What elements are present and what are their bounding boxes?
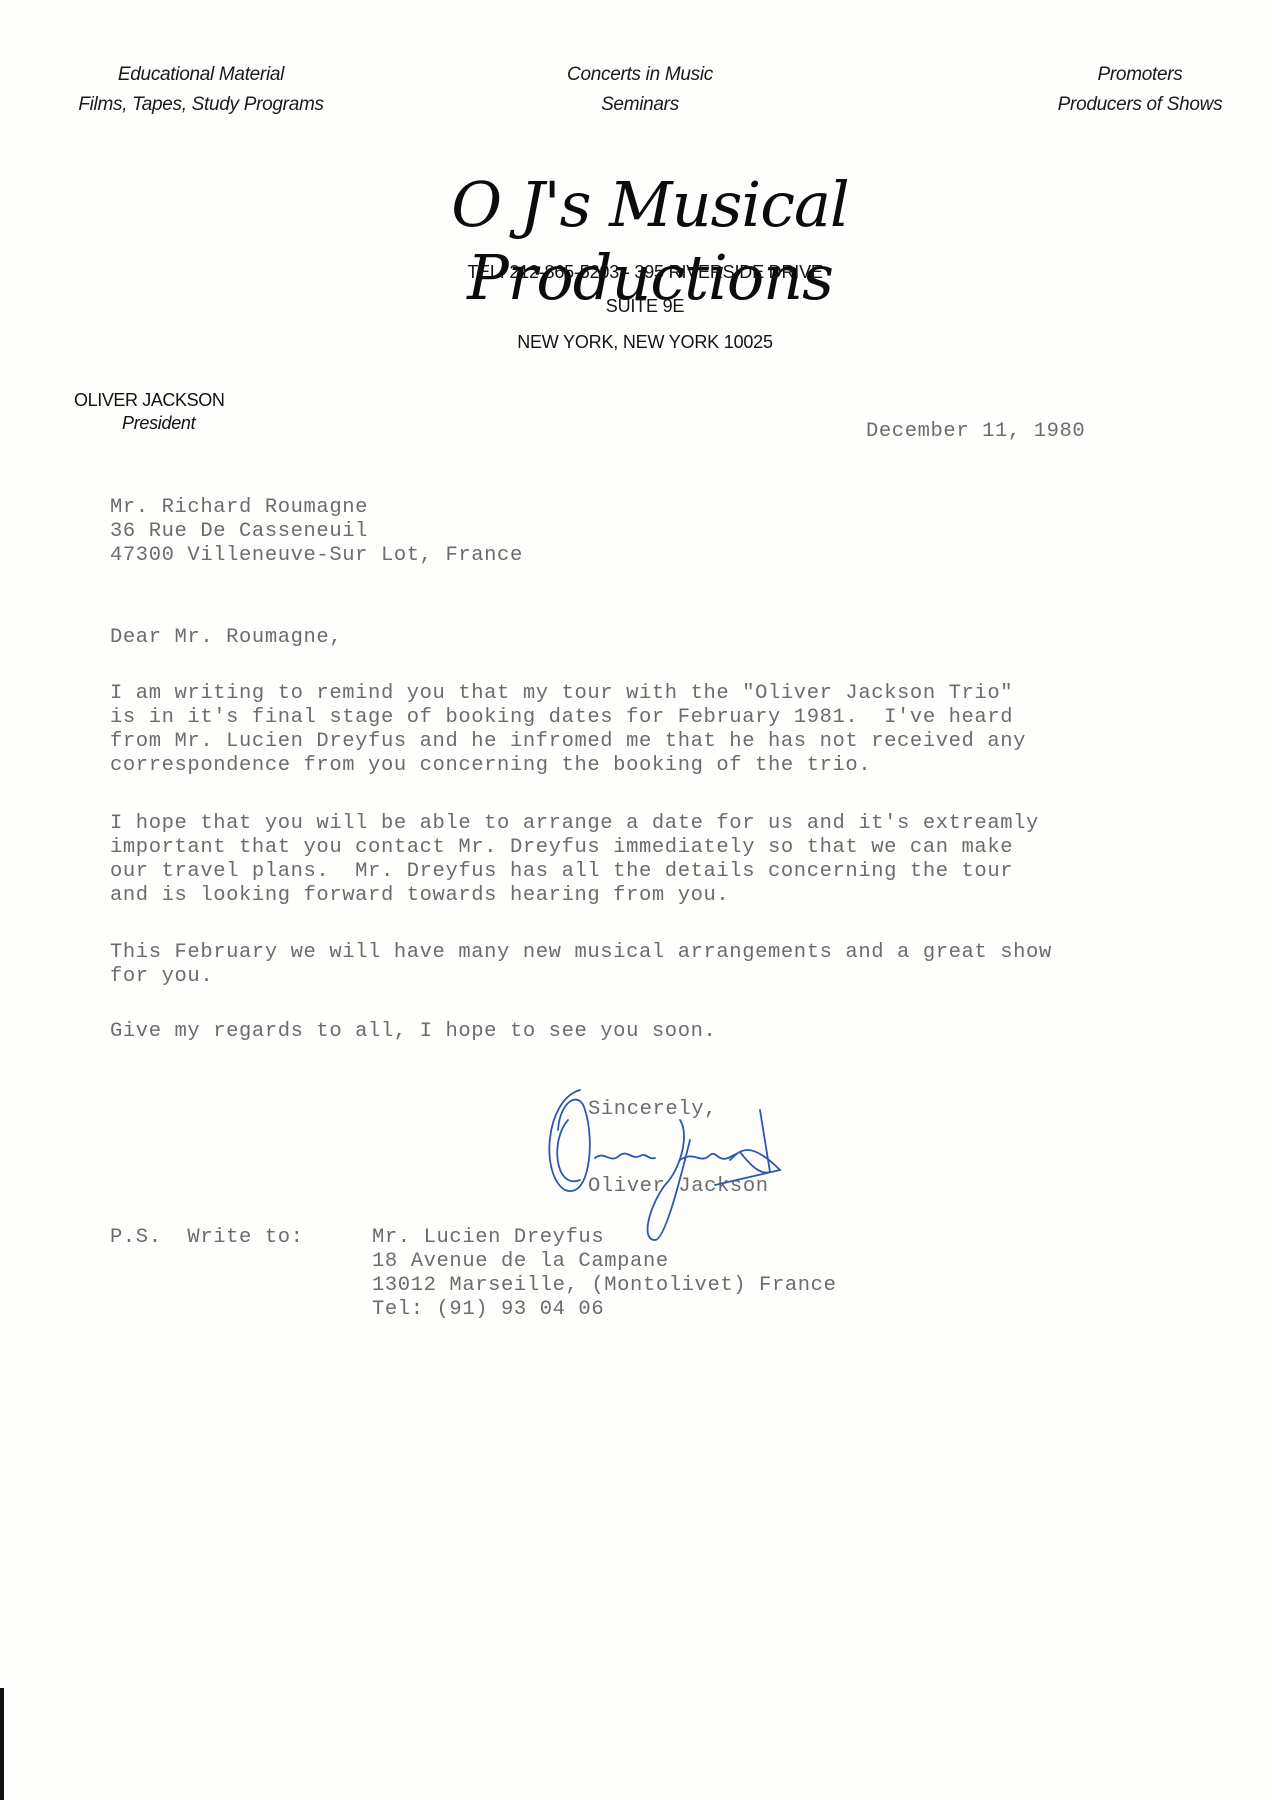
scan-edge <box>0 1688 4 1800</box>
company-address-line: TEL: 212-865-5203 - 395 RIVERSIDE DRIVE <box>420 262 870 283</box>
body-paragraph: I am writing to remind you that my tour … <box>110 682 1026 778</box>
president-name: OLIVER JACKSON <box>74 390 224 411</box>
service-line: Promoters <box>1040 60 1240 90</box>
president-title: President <box>122 413 195 434</box>
body-paragraph: This February we will have many new musi… <box>110 941 1052 989</box>
body-paragraph: I hope that you will be able to arrange … <box>110 812 1039 908</box>
service-line: Concerts in Music <box>520 60 760 90</box>
letter-page: Educational Material Films, Tapes, Study… <box>0 0 1272 1800</box>
service-line: Producers of Shows <box>1040 90 1240 120</box>
postscript-label: P.S. Write to: <box>110 1226 304 1250</box>
letterhead-services-right: Promoters Producers of Shows <box>1040 60 1240 120</box>
postscript-address: Mr. Lucien Dreyfus 18 Avenue de la Campa… <box>372 1226 836 1322</box>
body-paragraph: Give my regards to all, I hope to see yo… <box>110 1020 716 1044</box>
letterhead-services-left: Educational Material Films, Tapes, Study… <box>66 60 336 120</box>
signature-icon <box>540 1080 840 1250</box>
letterhead-services-center: Concerts in Music Seminars <box>520 60 760 120</box>
salutation: Dear Mr. Roumagne, <box>110 626 342 650</box>
recipient-address: Mr. Richard Roumagne 36 Rue De Casseneui… <box>110 496 523 568</box>
company-logo: O J's Musical Productions <box>330 168 970 314</box>
service-line: Educational Material <box>66 60 336 90</box>
service-line: Seminars <box>520 90 760 120</box>
company-address-line: SUITE 9E <box>420 296 870 317</box>
letter-date: December 11, 1980 <box>866 420 1085 444</box>
company-address-line: NEW YORK, NEW YORK 10025 <box>420 332 870 353</box>
service-line: Films, Tapes, Study Programs <box>66 90 336 120</box>
